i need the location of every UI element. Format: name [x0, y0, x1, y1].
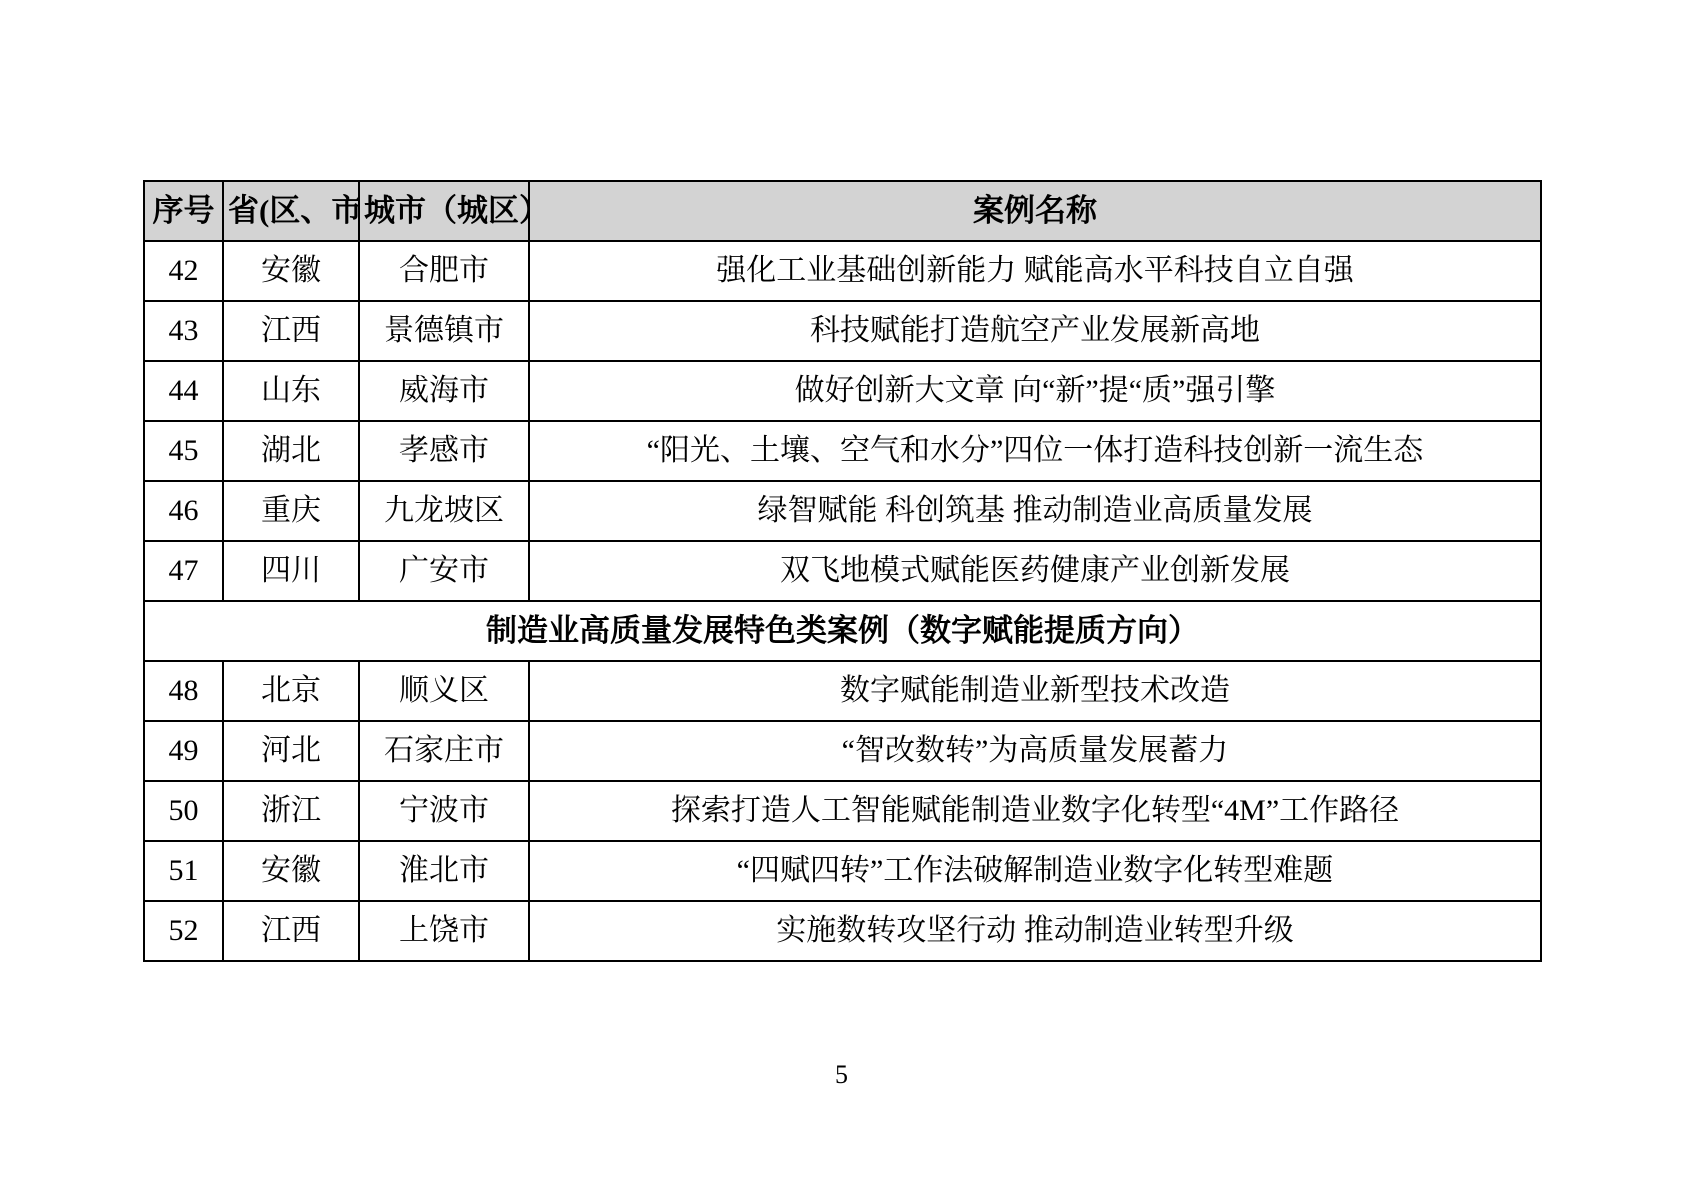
header-col-province: 省(区、市)	[223, 181, 359, 241]
cell-city: 宁波市	[359, 781, 529, 841]
cell-case-name: 探索打造人工智能赋能制造业数字化转型“4M”工作路径	[529, 781, 1541, 841]
cell-province: 湖北	[223, 421, 359, 481]
table-row: 44山东威海市做好创新大文章 向“新”提“质”强引擎	[144, 361, 1541, 421]
cell-row-number: 45	[144, 421, 223, 481]
cell-row-number: 46	[144, 481, 223, 541]
cell-city: 九龙坡区	[359, 481, 529, 541]
cell-row-number: 51	[144, 841, 223, 901]
table-row: 45湖北孝感市“阳光、土壤、空气和水分”四位一体打造科技创新一流生态	[144, 421, 1541, 481]
cell-province: 安徽	[223, 841, 359, 901]
cell-case-name: 强化工业基础创新能力 赋能高水平科技自立自强	[529, 241, 1541, 301]
case-table-head: 序号 省(区、市) 城市（城区） 案例名称	[144, 181, 1541, 241]
table-row: 42安徽合肥市强化工业基础创新能力 赋能高水平科技自立自强	[144, 241, 1541, 301]
cell-province: 重庆	[223, 481, 359, 541]
cell-case-name: 实施数转攻坚行动 推动制造业转型升级	[529, 901, 1541, 961]
cell-row-number: 52	[144, 901, 223, 961]
table-row: 47四川广安市双飞地模式赋能医药健康产业创新发展	[144, 541, 1541, 601]
cell-case-name: 双飞地模式赋能医药健康产业创新发展	[529, 541, 1541, 601]
cell-province: 江西	[223, 301, 359, 361]
cell-case-name: “智改数转”为高质量发展蓄力	[529, 721, 1541, 781]
cell-city: 淮北市	[359, 841, 529, 901]
cell-row-number: 44	[144, 361, 223, 421]
table-row: 49河北石家庄市“智改数转”为高质量发展蓄力	[144, 721, 1541, 781]
table-row: 43江西景德镇市科技赋能打造航空产业发展新高地	[144, 301, 1541, 361]
cell-province: 浙江	[223, 781, 359, 841]
cell-city: 合肥市	[359, 241, 529, 301]
cell-row-number: 43	[144, 301, 223, 361]
page-number: 5	[0, 1060, 1683, 1090]
cell-city: 石家庄市	[359, 721, 529, 781]
cell-province: 北京	[223, 661, 359, 721]
table-row: 52江西上饶市实施数转攻坚行动 推动制造业转型升级	[144, 901, 1541, 961]
cell-case-name: “四赋四转”工作法破解制造业数字化转型难题	[529, 841, 1541, 901]
cell-row-number: 47	[144, 541, 223, 601]
table-row: 48北京顺义区数字赋能制造业新型技术改造	[144, 661, 1541, 721]
cell-row-number: 50	[144, 781, 223, 841]
cell-city: 上饶市	[359, 901, 529, 961]
section-header-title: 制造业高质量发展特色类案例（数字赋能提质方向）	[144, 601, 1541, 661]
cell-province: 四川	[223, 541, 359, 601]
cell-case-name: “阳光、土壤、空气和水分”四位一体打造科技创新一流生态	[529, 421, 1541, 481]
cell-province: 河北	[223, 721, 359, 781]
header-col-no: 序号	[144, 181, 223, 241]
header-col-city: 城市（城区）	[359, 181, 529, 241]
cell-province: 安徽	[223, 241, 359, 301]
cell-province: 山东	[223, 361, 359, 421]
cell-row-number: 49	[144, 721, 223, 781]
cell-province: 江西	[223, 901, 359, 961]
cell-city: 广安市	[359, 541, 529, 601]
case-table-body: 42安徽合肥市强化工业基础创新能力 赋能高水平科技自立自强43江西景德镇市科技赋…	[144, 241, 1541, 961]
cell-city: 威海市	[359, 361, 529, 421]
table-row: 50浙江宁波市探索打造人工智能赋能制造业数字化转型“4M”工作路径	[144, 781, 1541, 841]
section-header-row: 制造业高质量发展特色类案例（数字赋能提质方向）	[144, 601, 1541, 661]
cell-case-name: 绿智赋能 科创筑基 推动制造业高质量发展	[529, 481, 1541, 541]
header-col-case-name: 案例名称	[529, 181, 1541, 241]
table-row: 51安徽淮北市“四赋四转”工作法破解制造业数字化转型难题	[144, 841, 1541, 901]
cell-row-number: 48	[144, 661, 223, 721]
cell-case-name: 做好创新大文章 向“新”提“质”强引擎	[529, 361, 1541, 421]
cell-row-number: 42	[144, 241, 223, 301]
case-table: 序号 省(区、市) 城市（城区） 案例名称 42安徽合肥市强化工业基础创新能力 …	[143, 180, 1542, 962]
document-page: 序号 省(区、市) 城市（城区） 案例名称 42安徽合肥市强化工业基础创新能力 …	[0, 0, 1683, 1190]
cell-city: 孝感市	[359, 421, 529, 481]
table-header-row: 序号 省(区、市) 城市（城区） 案例名称	[144, 181, 1541, 241]
cell-case-name: 数字赋能制造业新型技术改造	[529, 661, 1541, 721]
table-row: 46重庆九龙坡区绿智赋能 科创筑基 推动制造业高质量发展	[144, 481, 1541, 541]
cell-city: 顺义区	[359, 661, 529, 721]
cell-city: 景德镇市	[359, 301, 529, 361]
cell-case-name: 科技赋能打造航空产业发展新高地	[529, 301, 1541, 361]
